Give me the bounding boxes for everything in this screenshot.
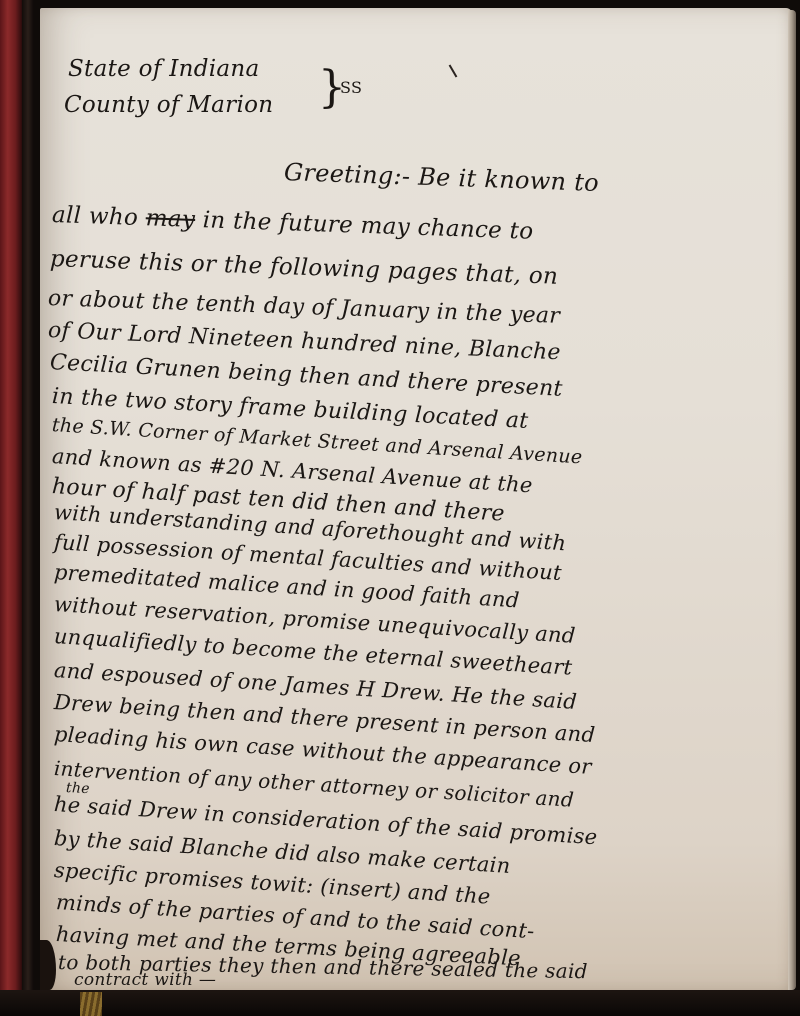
page-edge-right (788, 10, 796, 990)
heading-ss: SS (340, 78, 362, 97)
bookmark-tassel (80, 992, 102, 1016)
heading-county: County of Marion (64, 92, 273, 118)
struck-word: may (145, 205, 195, 233)
book-binding-left (0, 0, 22, 1016)
heading-state: State of Indiana (68, 56, 260, 82)
book-bottom-edge (0, 990, 800, 1016)
book-binding-strip (22, 0, 34, 1016)
text-line-26: contract with — (74, 970, 216, 990)
